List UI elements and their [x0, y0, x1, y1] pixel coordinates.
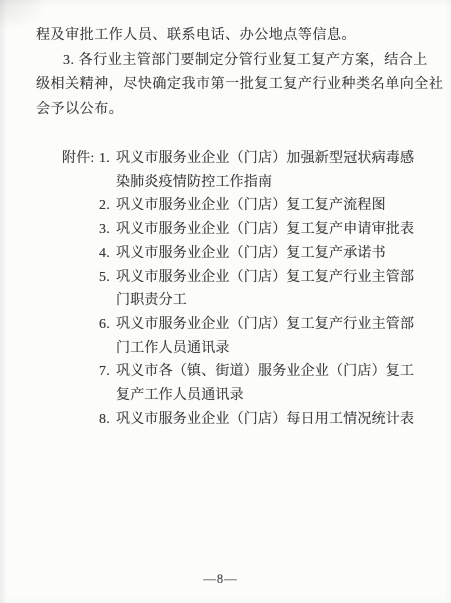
attachment-title-line: 巩义市服务业企业（门店）复工复产流程图 [116, 194, 386, 218]
attachment-item: 2. 巩义市服务业企业（门店）复工复产流程图 [99, 194, 414, 218]
attachment-title: 巩义市各（镇、街道）服务业企业（门店）复工 复产工作人员通讯录 [116, 360, 414, 407]
attachment-item: 6. 巩义市服务业企业（门店）复工复产行业主管部 门工作人员通讯录 [99, 313, 414, 360]
attachment-number: 8. [99, 408, 116, 432]
attachment-item: 4. 巩义市服务业企业（门店）复工复产承诺书 [99, 242, 414, 266]
attachment-title-line: 巩义市服务业企业（门店）每日用工情况统计表 [116, 408, 414, 432]
attachment-number: 7. [99, 360, 116, 384]
paragraph-line: 3. 各行业主管部门要制定分管行业复工复产方案，结合上 [36, 49, 420, 74]
attachment-number: 3. [99, 218, 116, 242]
page-number: —8— [0, 572, 441, 587]
attachment-item: 5. 巩义市服务业企业（门店）复工复产行业主管部 门职责分工 [99, 266, 414, 313]
body-paragraphs: 程及审批工作人员、联系电话、办公地点等信息。 3. 各行业主管部门要制定分管行业… [36, 24, 420, 122]
attachment-number: 2. [99, 194, 116, 218]
attachment-item: 3. 巩义市服务业企业（门店）复工复产申请审批表 [99, 218, 414, 242]
paragraph-line: 级相关精神，尽快确定我市第一批复工复产行业种类名单向全社 [36, 73, 420, 98]
attachment-number: 1. [99, 147, 116, 171]
attachment-title-line: 染肺炎疫情防控工作指南 [116, 171, 414, 195]
attachment-title: 巩义市服务业企业（门店）每日用工情况统计表 [116, 408, 414, 432]
attachment-title: 巩义市服务业企业（门店）加强新型冠状病毒感 染肺炎疫情防控工作指南 [116, 147, 414, 194]
attachment-item: 7. 巩义市各（镇、街道）服务业企业（门店）复工 复产工作人员通讯录 [99, 360, 414, 407]
attachment-number: 6. [99, 313, 116, 337]
scanned-document-page: 程及审批工作人员、联系电话、办公地点等信息。 3. 各行业主管部门要制定分管行业… [0, 0, 451, 603]
attachment-title-line: 复产工作人员通讯录 [116, 384, 414, 408]
attachments-section: 附件: 1. 巩义市服务业企业（门店）加强新型冠状病毒感 染肺炎疫情防控工作指南… [62, 147, 414, 431]
attachment-title: 巩义市服务业企业（门店）复工复产行业主管部 门职责分工 [116, 266, 414, 313]
paragraph-line: 会予以公布。 [36, 98, 420, 123]
attachment-title-line: 巩义市服务业企业（门店）加强新型冠状病毒感 [116, 147, 414, 171]
attachment-title: 巩义市服务业企业（门店）复工复产申请审批表 [116, 218, 414, 242]
attachment-title-line: 巩义市服务业企业（门店）复工复产行业主管部 [116, 313, 414, 337]
attachment-number: 5. [99, 266, 116, 290]
attachments-label: 附件: [62, 147, 99, 171]
attachment-title-line: 巩义市服务业企业（门店）复工复产申请审批表 [116, 218, 414, 242]
attachments-list: 1. 巩义市服务业企业（门店）加强新型冠状病毒感 染肺炎疫情防控工作指南 2. … [99, 147, 414, 431]
attachment-title-line: 门工作人员通讯录 [116, 337, 414, 361]
attachment-title: 巩义市服务业企业（门店）复工复产流程图 [116, 194, 386, 218]
attachment-title-line: 巩义市服务业企业（门店）复工复产行业主管部 [116, 266, 414, 290]
attachment-title-line: 巩义市服务业企业（门店）复工复产承诺书 [116, 242, 386, 266]
attachment-item: 8. 巩义市服务业企业（门店）每日用工情况统计表 [99, 408, 414, 432]
attachment-title: 巩义市服务业企业（门店）复工复产承诺书 [116, 242, 386, 266]
attachment-title-line: 门职责分工 [116, 289, 414, 313]
attachment-title: 巩义市服务业企业（门店）复工复产行业主管部 门工作人员通讯录 [116, 313, 414, 360]
attachment-number: 4. [99, 242, 116, 266]
attachment-item: 1. 巩义市服务业企业（门店）加强新型冠状病毒感 染肺炎疫情防控工作指南 [99, 147, 414, 194]
attachment-title-line: 巩义市各（镇、街道）服务业企业（门店）复工 [116, 360, 414, 384]
paragraph-line: 程及审批工作人员、联系电话、办公地点等信息。 [36, 24, 420, 49]
